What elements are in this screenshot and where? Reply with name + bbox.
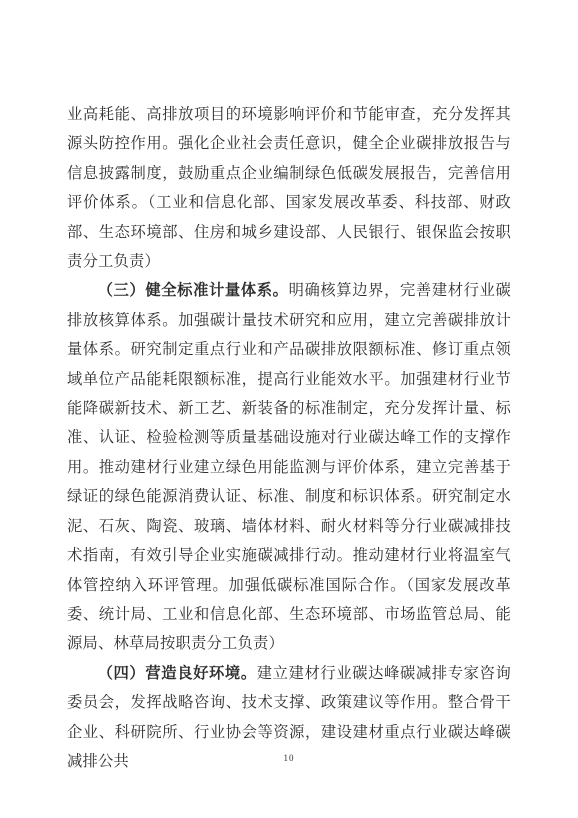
body-text: 业高耗能、高排放项目的环境影响评价和节能审查，充分发挥其源头防控作用。强化企业社…	[67, 100, 511, 776]
page-number: 10	[0, 753, 578, 763]
section-heading-run: （四）营造良好环境。	[98, 665, 257, 682]
document-page: 业高耗能、高排放项目的环境影响评价和节能审查，充分发挥其源头防控作用。强化企业社…	[0, 0, 578, 818]
section-heading-run: （三）健全标准计量体系。	[98, 282, 289, 299]
text-run: 业高耗能、高排放项目的环境影响评价和节能审查，充分发挥其源头防控作用。强化企业社…	[67, 106, 511, 270]
text-run: 明确核算边界，完善建材行业碳排放核算体系。加强碳计量技术研究和应用，建立完善碳排…	[67, 282, 511, 652]
paragraph-continuation: 业高耗能、高排放项目的环境影响评价和节能审查，充分发挥其源头防控作用。强化企业社…	[67, 100, 511, 276]
paragraph-section-3: （三）健全标准计量体系。明确核算边界，完善建材行业碳排放核算体系。加强碳计量技术…	[67, 276, 511, 658]
